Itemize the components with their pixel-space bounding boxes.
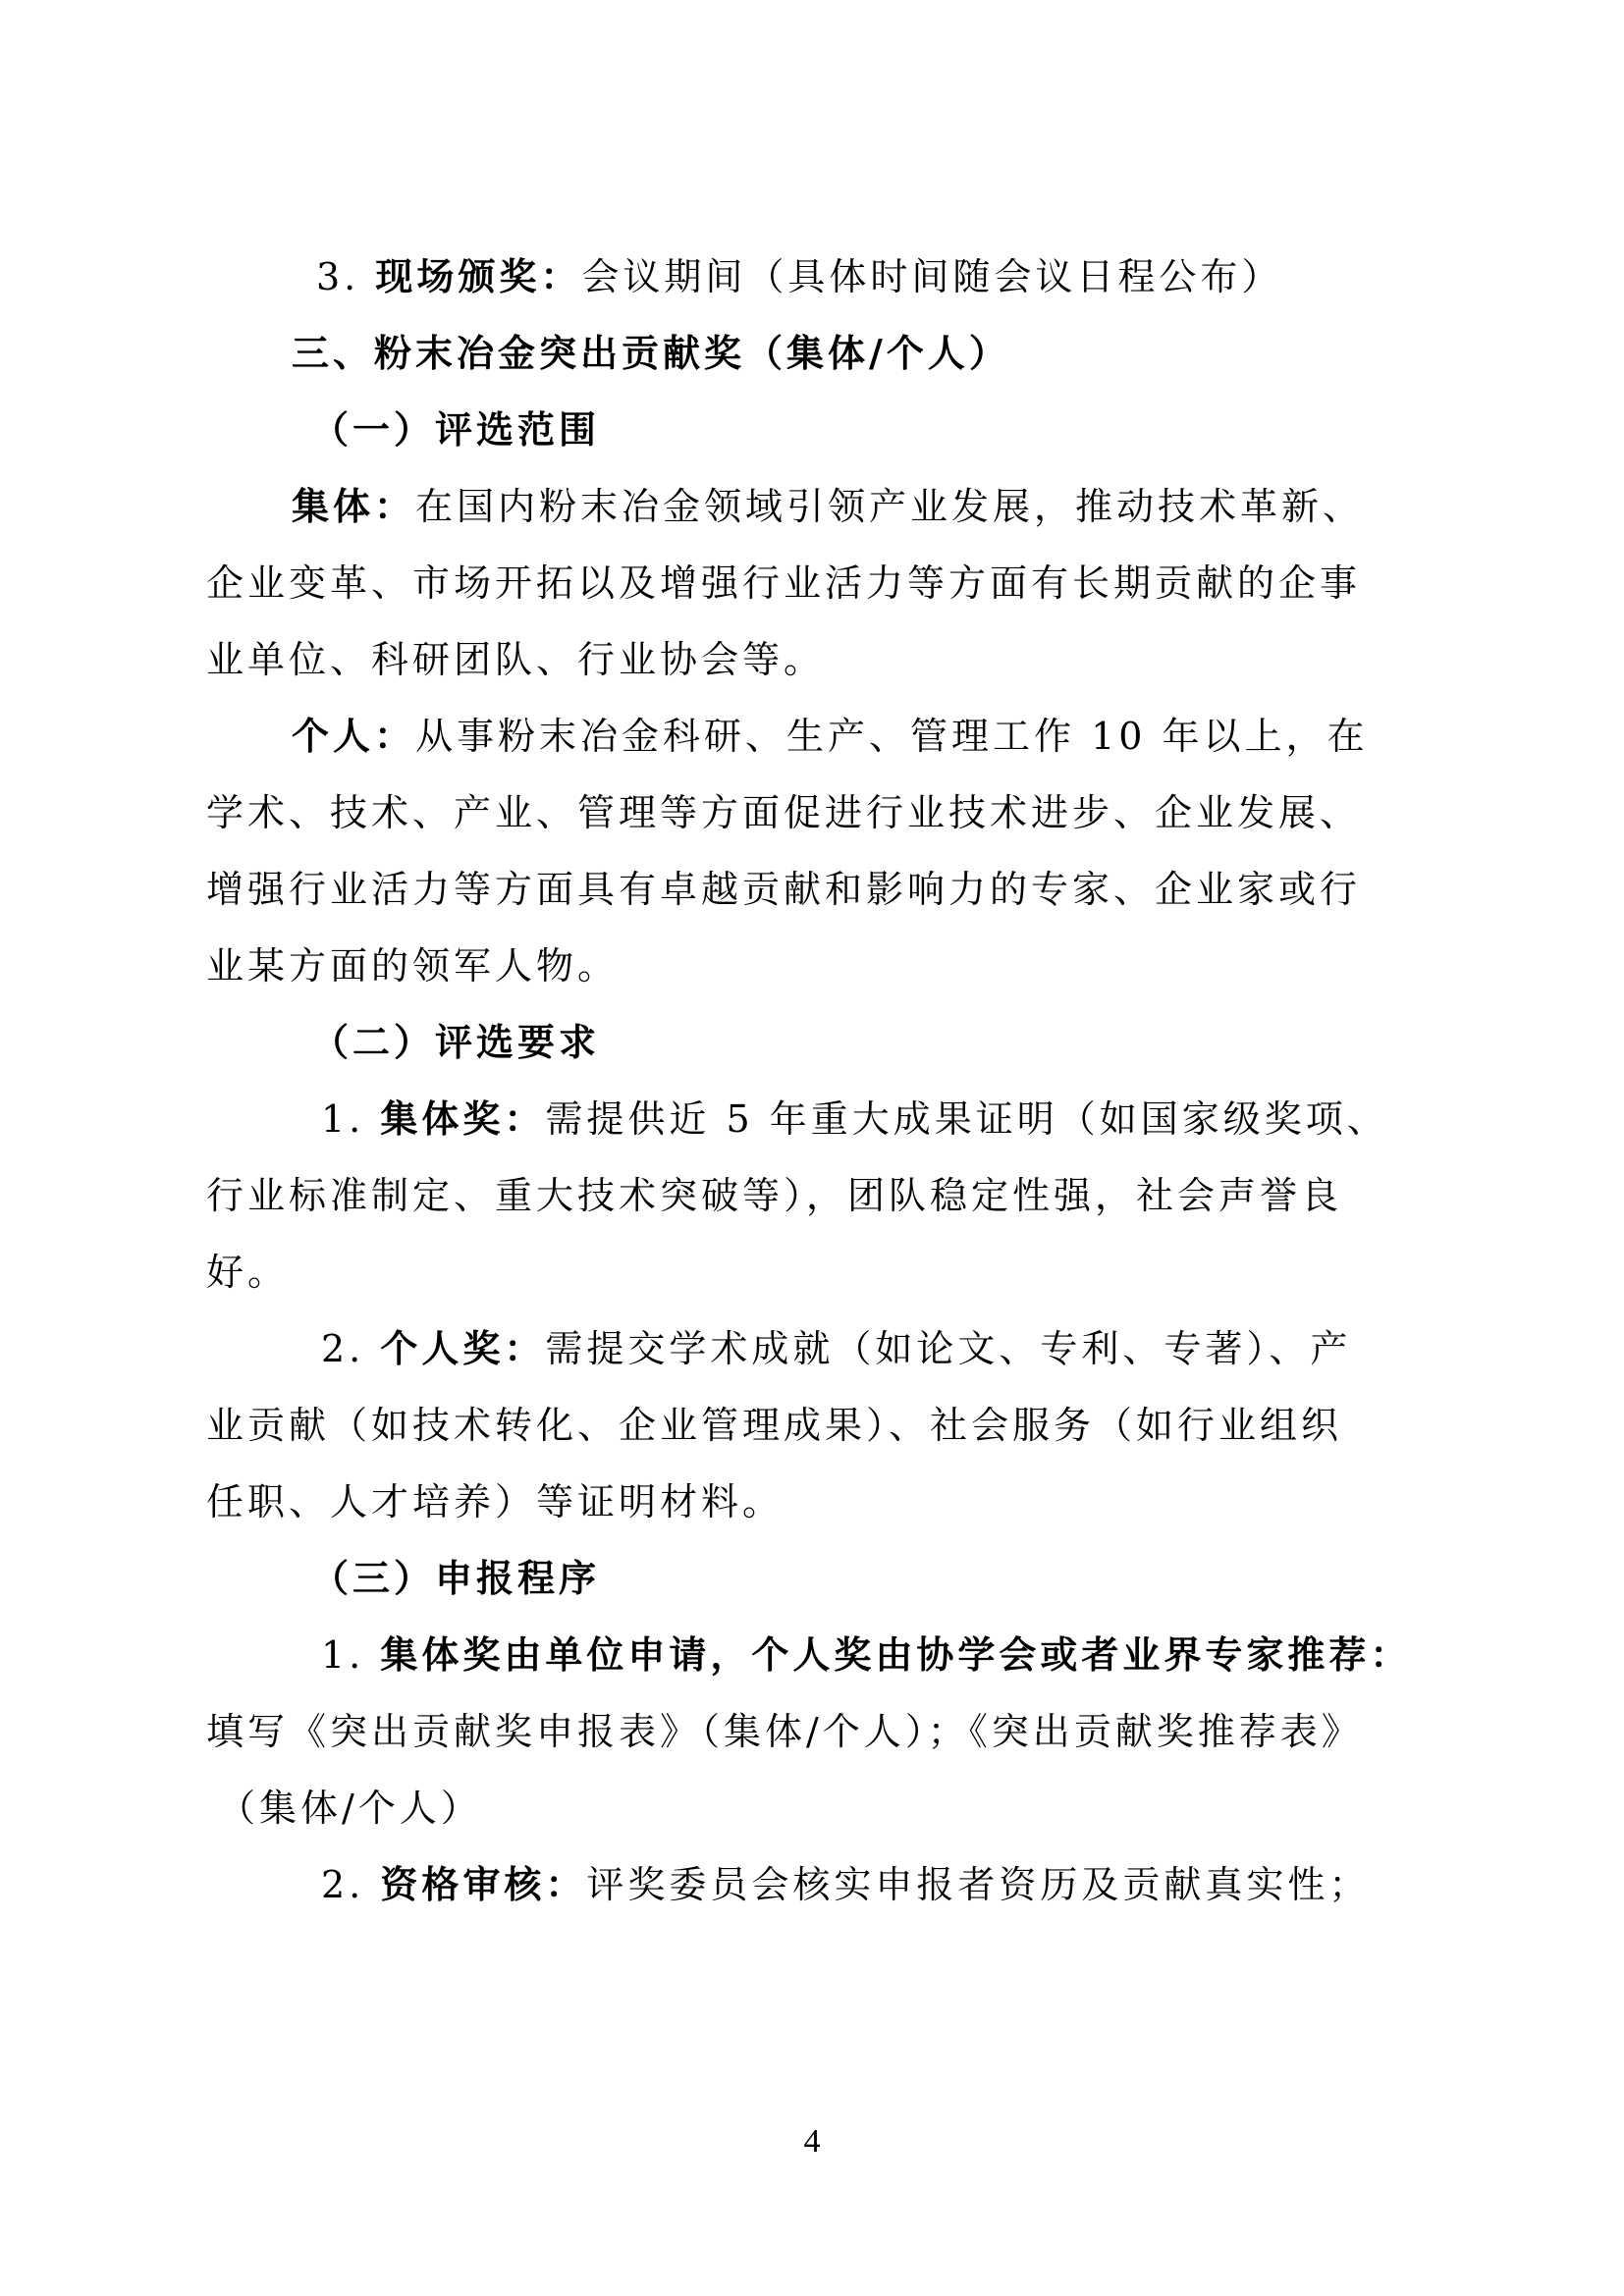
text-line: 2. 资格审核：评奖委员会核实申报者资历及贡献真实性； <box>321 1863 1370 1906</box>
text-line: 三、粉末冶金突出贡献奖（集体/个人） <box>292 332 1010 375</box>
text-run: 需提交学术成就（如论文、专利、专著）、产 <box>545 1327 1351 1370</box>
bold-text-run: （一）评选范围 <box>311 408 600 452</box>
text-line: 学术、技术、产业、管理等方面促进行业技术进步、企业发展、 <box>206 791 1361 834</box>
text-run: 业单位、科研团队、行业协会等。 <box>206 638 825 681</box>
text-line: 业某方面的领军人物。 <box>206 944 619 988</box>
bold-text-run: 集体： <box>292 485 415 528</box>
text-run: 填写《突出贡献奖申报表》（集体/个人）；《突出贡献奖推荐表》 <box>206 1710 1363 1753</box>
text-line: 行业标准制定、重大技术突破等），团队稳定性强，社会声誉良 <box>206 1174 1342 1217</box>
bold-text-run: 个人： <box>292 715 415 758</box>
text-run: 增强行业活力等方面具有卓越贡献和影响力的专家、企业家或行 <box>206 868 1361 911</box>
text-run: 1. <box>321 1633 380 1677</box>
text-run: 任职、人才培养）等证明材料。 <box>206 1480 784 1523</box>
text-run: 评奖委员会核实申报者资历及贡献真实性； <box>586 1863 1370 1906</box>
text-line: （二）评选要求 <box>311 1021 600 1064</box>
bold-text-run: （二）评选要求 <box>311 1021 600 1064</box>
page-number: 4 <box>0 2120 1624 2163</box>
bold-text-run: 个人奖： <box>380 1327 545 1370</box>
text-line: （三）申报程序 <box>311 1557 600 1600</box>
text-run: 业贡献（如技术转化、企业管理成果）、社会服务（如行业组织 <box>206 1404 1342 1447</box>
text-line: 1. 集体奖：需提供近 5 年重大成果证明（如国家级奖项、 <box>321 1097 1388 1141</box>
bold-text-run: 三、粉末冶金突出贡献奖（集体/个人） <box>292 332 1010 375</box>
text-line: 1. 集体奖由单位申请，个人奖由协学会或者业界专家推荐： <box>321 1633 1411 1677</box>
text-line: 集体：在国内粉末冶金领域引领产业发展，推动技术革新、 <box>292 485 1364 528</box>
text-line: （集体/个人） <box>218 1787 482 1830</box>
text-line: 增强行业活力等方面具有卓越贡献和影响力的专家、企业家或行 <box>206 868 1361 911</box>
document-page: 3. 现场颁奖：会议期间（具体时间随会议日程公布）三、粉末冶金突出贡献奖（集体/… <box>0 0 1624 2296</box>
text-run: 业某方面的领军人物。 <box>206 944 619 988</box>
text-run: 1. <box>321 1097 380 1141</box>
text-line: 2. 个人奖：需提交学术成就（如论文、专利、专著）、产 <box>321 1327 1351 1370</box>
text-line: 业贡献（如技术转化、企业管理成果）、社会服务（如行业组织 <box>206 1404 1342 1447</box>
text-run: 从事粉末冶金科研、生产、管理工作 10 年以上，在 <box>415 715 1369 758</box>
text-run: （集体/个人） <box>218 1787 482 1830</box>
text-run: 需提供近 5 年重大成果证明（如国家级奖项、 <box>545 1097 1387 1141</box>
text-line: 好。 <box>206 1251 289 1294</box>
bold-text-run: （三）申报程序 <box>311 1557 600 1600</box>
text-run: 在国内粉末冶金领域引领产业发展，推动技术革新、 <box>415 485 1364 528</box>
bold-text-run: 现场颁奖： <box>375 255 581 298</box>
text-line: 填写《突出贡献奖申报表》（集体/个人）；《突出贡献奖推荐表》 <box>206 1710 1363 1753</box>
text-run: 学术、技术、产业、管理等方面促进行业技术进步、企业发展、 <box>206 791 1361 834</box>
bold-text-run: 资格审核： <box>380 1863 586 1906</box>
text-run: 3. <box>316 255 375 298</box>
text-run: 好。 <box>206 1251 289 1294</box>
text-line: 任职、人才培养）等证明材料。 <box>206 1480 784 1523</box>
text-run: 行业标准制定、重大技术突破等），团队稳定性强，社会声誉良 <box>206 1174 1342 1217</box>
bold-text-run: 集体奖由单位申请，个人奖由协学会或者业界专家推荐： <box>380 1633 1411 1677</box>
text-line: （一）评选范围 <box>311 408 600 452</box>
bold-text-run: 集体奖： <box>380 1097 545 1141</box>
text-line: 3. 现场颁奖：会议期间（具体时间随会议日程公布） <box>316 255 1282 298</box>
text-line: 企业变革、市场开拓以及增强行业活力等方面有长期贡献的企事 <box>206 561 1361 605</box>
text-run: 2. <box>321 1327 380 1370</box>
text-run: 企业变革、市场开拓以及增强行业活力等方面有长期贡献的企事 <box>206 561 1361 605</box>
text-line: 业单位、科研团队、行业协会等。 <box>206 638 825 681</box>
text-run: 会议期间（具体时间随会议日程公布） <box>581 255 1282 298</box>
text-line: 个人：从事粉末冶金科研、生产、管理工作 10 年以上，在 <box>292 715 1369 758</box>
text-run: 2. <box>321 1863 380 1906</box>
